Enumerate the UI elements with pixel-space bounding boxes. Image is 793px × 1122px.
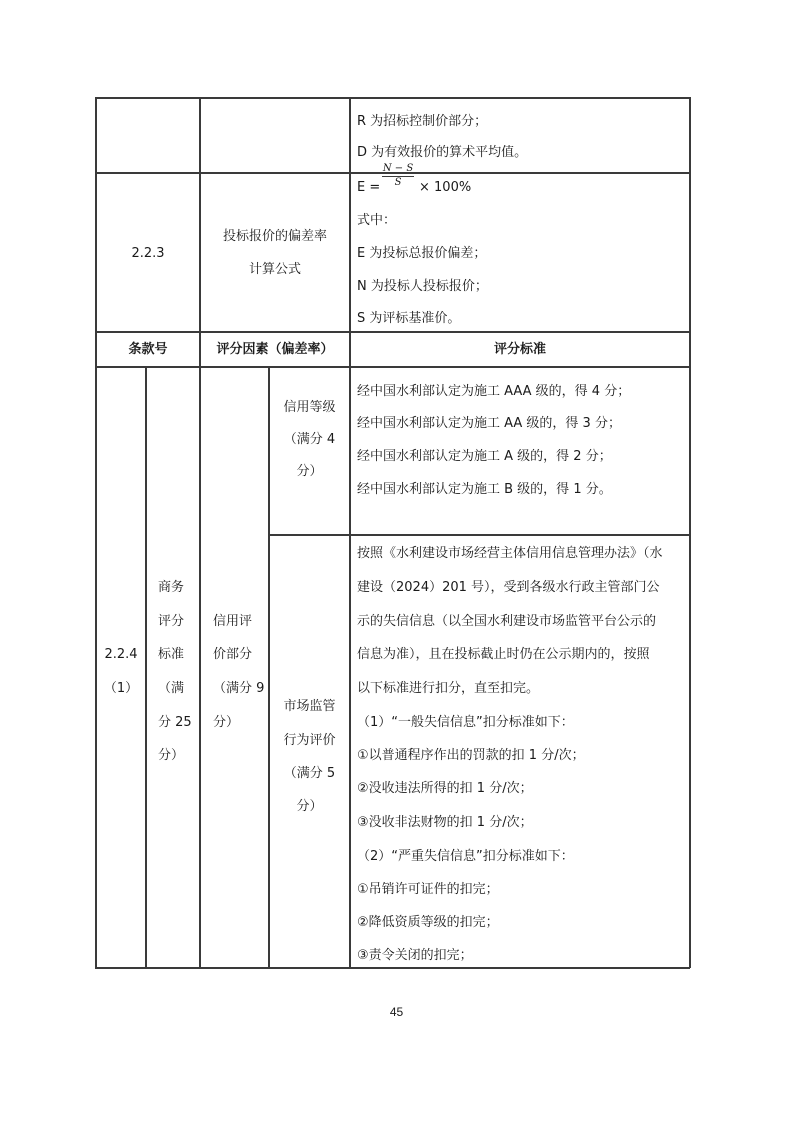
criteria-line: ②降低资质等级的扣完； xyxy=(357,915,499,931)
criteria-line: 经中国水利部认定为施工 AAA 级的，得 4 分； xyxy=(357,384,630,400)
clause-number-line: （1） xyxy=(96,681,146,697)
criteria-line: （1）“一般失信信息”扣分标准如下： xyxy=(357,715,574,731)
criteria-line: S 为评标基准价。 xyxy=(357,311,460,327)
header-clause-number: 条款号 xyxy=(96,342,200,358)
formula-numerator: N − S xyxy=(380,163,416,175)
criteria-line: 式中： xyxy=(357,213,396,229)
criteria-line: 经中国水利部认定为施工 A 级的，得 2 分； xyxy=(357,449,612,465)
criteria-line: 按照《水利建设市场经营主体信用信息管理办法》（水 xyxy=(357,546,663,562)
criteria-line: 信息为准），且在投标截止时仍在公示期内的，按照 xyxy=(357,647,650,663)
clause-number-line: 2.2.4 xyxy=(96,647,146,663)
subfactor-line: 分） xyxy=(269,799,350,815)
factor-line: 价部分 xyxy=(213,647,252,663)
subfactor-line: 行为评价 xyxy=(269,733,350,749)
criteria-line: ③没收非法财物的扣 1 分/次； xyxy=(357,815,533,831)
category-line: 分） xyxy=(158,748,184,764)
criteria-line: ①吊销许可证件的扣完； xyxy=(357,882,499,898)
criteria-line: 建设（2024）201 号），受到各级水行政主管部门公 xyxy=(357,580,660,596)
criteria-line: 示的失信信息（以全国水利建设市场监管平台公示的 xyxy=(357,614,656,630)
subfactor-line: 信用等级 xyxy=(269,400,350,416)
criteria-line: N 为投标人投标报价； xyxy=(357,279,488,295)
subfactor-line: （满分 5 xyxy=(269,766,350,782)
page-number: 45 xyxy=(0,1005,793,1019)
criteria-line: ③责令关闭的扣完； xyxy=(357,948,473,964)
clause-number: 2.2.3 xyxy=(96,246,200,262)
criteria-line: 经中国水利部认定为施工 AA 级的，得 3 分； xyxy=(357,416,621,432)
subfactor-line: 分） xyxy=(269,464,350,480)
criteria-line: 经中国水利部认定为施工 B 级的，得 1 分。 xyxy=(357,482,612,498)
criteria-line: ①以普通程序作出的罚款的扣 1 分/次； xyxy=(357,748,585,764)
formula-multiplier: × 100% xyxy=(419,180,471,196)
subfactor-line: 市场监管 xyxy=(269,699,350,715)
category-line: （满 xyxy=(158,681,184,697)
criteria-line: D 为有效报价的算术平均值。 xyxy=(357,145,527,161)
factor-line: 分） xyxy=(213,715,239,731)
factor-label-line: 计算公式 xyxy=(200,262,350,278)
category-line: 评分 xyxy=(158,614,184,630)
formula-denominator: S xyxy=(380,177,416,189)
formula-lhs: E = xyxy=(357,180,380,196)
header-scoring-standard: 评分标准 xyxy=(350,342,690,358)
criteria-line: （2）“严重失信信息”扣分标准如下： xyxy=(357,849,574,865)
factor-label-line: 投标报价的偏差率 xyxy=(200,229,350,245)
category-line: 商务 xyxy=(158,580,184,596)
criteria-line: E 为投标总报价偏差； xyxy=(357,246,486,262)
document-page: R 为招标控制价部分； D 为有效报价的算术平均值。 2.2.3 投标报价的偏差… xyxy=(0,0,793,1122)
category-line: 标准 xyxy=(158,647,184,663)
criteria-line: ②没收违法所得的扣 1 分/次； xyxy=(357,781,533,797)
factor-line: （满分 9 xyxy=(213,681,264,697)
criteria-line: R 为招标控制价部分； xyxy=(357,114,487,130)
category-line: 分 25 xyxy=(158,715,192,731)
subfactor-line: （满分 4 xyxy=(269,432,350,448)
header-scoring-factor: 评分因素（偏差率） xyxy=(200,342,350,358)
criteria-line: 以下标准进行扣分，直至扣完。 xyxy=(357,681,539,697)
factor-line: 信用评 xyxy=(213,614,252,630)
